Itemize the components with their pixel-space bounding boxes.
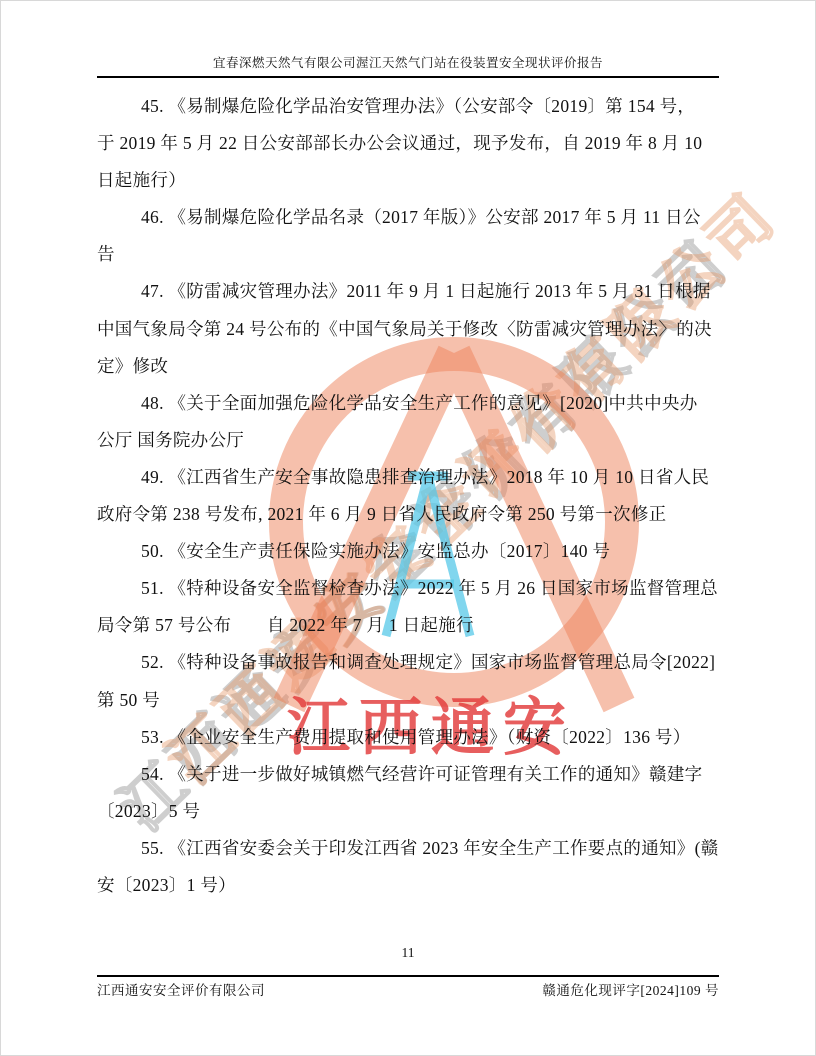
body-line: 中国气象局令第 24 号公布的《中国气象局关于修改〈防雷减灾管理办法〉的决 [97, 311, 727, 348]
body-line: 55. 《江西省安委会关于印发江西省 2023 年安全生产工作要点的通知》(赣 [97, 830, 727, 867]
page-number: 11 [1, 945, 815, 961]
body-line: 局令第 57 号公布 自 2022 年 7 月 1 日起施行 [97, 607, 727, 644]
body-line: 政府令第 238 号发布, 2021 年 6 月 9 日省人民政府令第 250 … [97, 496, 727, 533]
body-line: 公厅 国务院办公厅 [97, 422, 727, 459]
body-line: 于 2019 年 5 月 22 日公安部部长办公会议通过，现予发布，自 2019… [97, 125, 727, 162]
body-line: 定》修改 [97, 348, 727, 385]
body-line: 54. 《关于进一步做好城镇燃气经营许可证管理有关工作的通知》赣建字 [97, 756, 727, 793]
body-line: 告 [97, 236, 727, 273]
body-text: 45. 《易制爆危险化学品治安管理办法》（公安部令〔2019〕第 154 号， … [97, 88, 727, 904]
body-line: 48. 《关于全面加强危险化学品安全生产工作的意见》[2020]中共中央办 [97, 385, 727, 422]
body-line: 安〔2023〕1 号） [97, 867, 727, 904]
body-line: 〔2023〕5 号 [97, 793, 727, 830]
body-line: 45. 《易制爆危险化学品治安管理办法》（公安部令〔2019〕第 154 号， [97, 88, 727, 125]
body-line: 49. 《江西省生产安全事故隐患排查治理办法》2018 年 10 月 10 日省… [97, 459, 727, 496]
body-line: 51. 《特种设备安全监督检查办法》2022 年 5 月 26 日国家市场监督管… [97, 570, 727, 607]
body-line: 46. 《易制爆危险化学品名录（2017 年版）》公安部 2017 年 5 月 … [97, 199, 727, 236]
body-line: 50. 《安全生产责任保险实施办法》安监总办〔2017〕140 号 [97, 533, 727, 570]
body-line: 52. 《特种设备事故报告和调查处理规定》国家市场监督管理总局令[2022] [97, 644, 727, 681]
body-line: 日起施行） [97, 162, 727, 199]
page-header-title: 宜春深燃天然气有限公司渥江天然气门站在役装置安全现状评价报告 [97, 53, 719, 78]
body-line: 47. 《防雷减灾管理办法》2011 年 9 月 1 日起施行 2013 年 5… [97, 273, 727, 310]
body-line: 第 50 号 [97, 682, 727, 719]
body-line: 53. 《企业安全生产费用提取和使用管理办法》（财资〔2022〕136 号） [97, 719, 727, 756]
footer: 江西通安安全评价有限公司 赣通危化现评字[2024]109 号 [97, 979, 719, 999]
document-page: 宜春深燃天然气有限公司渥江天然气门站在役装置安全现状评价报告 江西通安安全评价有… [0, 0, 816, 1056]
footer-company: 江西通安安全评价有限公司 [97, 979, 265, 999]
footer-divider [97, 975, 719, 977]
footer-doc-number: 赣通危化现评字[2024]109 号 [542, 979, 719, 999]
